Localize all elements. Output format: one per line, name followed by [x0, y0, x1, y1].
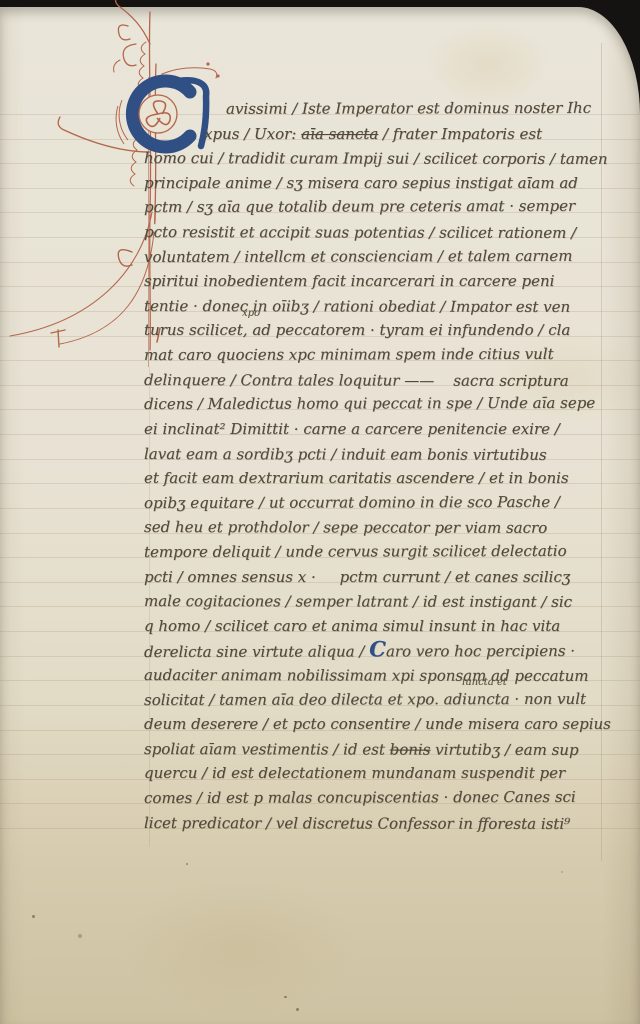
text-line: mat caro quociens xpc minimam spem inde … [144, 342, 632, 368]
text-segment: sed heu et prothdolor / sepe peccator pe… [144, 518, 547, 537]
text-line: opibʒ equitare / ut occurrat domino in d… [144, 489, 632, 515]
interlinear-note: xpo [242, 308, 260, 319]
photograph-background: avissimi / Iste Imperator est dominus no… [0, 0, 640, 1024]
text-line: tempore deliquit / unde cervus surgit sc… [144, 539, 632, 565]
text-segment: delinquere / Contra tales loquitur —— sa… [144, 371, 569, 390]
text-line: quercu / id est delectationem mundanam s… [144, 761, 632, 786]
text-line: homo cui / tradidit curam Impij sui / sc… [144, 146, 632, 172]
text-segment: bonis [390, 740, 431, 758]
text-line: sed heu et prothdolor / sepe peccator pe… [144, 515, 632, 541]
text-segment: solicitat / tamen aīa deo dilecta et xpo… [144, 689, 586, 708]
secondary-initial-C: C [369, 637, 386, 662]
text-segment: derelicta sine virtute aliqua / [144, 643, 369, 662]
text-segment: male cogitaciones / semper latrant / id … [144, 592, 572, 611]
text-line: spiritui inobedientem facit incarcerari … [144, 269, 632, 294]
text-segment: avissimi / Iste Imperator est dominus no… [226, 99, 591, 118]
text-line: principale anime / sʒ misera caro sepius… [144, 171, 632, 196]
text-line: tentie · donec in oīibʒ / rationi obedia… [144, 294, 632, 320]
text-segment: quercu / id est delectationem mundanam s… [144, 764, 565, 782]
text-line: delinquere / Contra tales loquitur —— sa… [144, 368, 632, 394]
text-line: voluntatem / intellcm et conscienciam / … [144, 243, 632, 269]
text-segment: tempore deliquit / unde cervus surgit sc… [144, 542, 567, 561]
text-segment: lavat eam a sordibʒ pcti / induit eam bo… [144, 445, 547, 464]
text-segment: ei inclinat² Dimittit · carne a carcere … [144, 420, 560, 438]
text-segment: virtutibʒ / eam sup [430, 740, 578, 758]
text-segment: q homo / scilicet caro et anima simul in… [144, 617, 560, 635]
text-line: xpus / Uxor: aīa sancta / frater Impator… [144, 122, 632, 147]
text-segment: spoliat aīam vestimentis / id est [144, 740, 390, 759]
text-segment: licet predicator / vel discretus Confess… [144, 814, 570, 833]
text-line: solicitat / tamen aīa deo dilecta et xpo… [144, 686, 632, 712]
text-segment: opibʒ equitare / ut occurrat domino in d… [144, 493, 560, 512]
text-line: pcto resistit et accipit suas potentias … [144, 220, 632, 246]
text-segment: pcto resistit et accipit suas potentias … [144, 223, 576, 242]
text-line: ei inclinat² Dimittit · carne a carcere … [144, 417, 632, 442]
text-segment: homo cui / tradidit curam Impij sui / sc… [144, 149, 608, 168]
text-segment: turus scilicet, ad peccatorem · tyram ei… [144, 321, 570, 339]
text-segment: principale anime / sʒ misera caro sepius… [144, 174, 578, 192]
interlinear-note: iuncta et [462, 677, 507, 688]
text-segment: voluntatem / intellcm et conscienciam / … [144, 247, 572, 266]
text-segment: / frater Impatoris est [378, 125, 542, 143]
text-line: lavat eam a sordibʒ pcti / induit eam bo… [144, 442, 632, 468]
text-segment: deum deserere / et pcto consentire / und… [144, 715, 611, 733]
text-segment: et facit eam dextrarium caritatis ascend… [144, 469, 569, 487]
text-line: pcti / omnes sensus x · pctm currunt / e… [144, 565, 632, 590]
text-segment: audaciter animam nobilissimam xpi sponsa… [144, 666, 589, 685]
text-line: spoliat aīam vestimentis / id est bonis … [144, 737, 632, 763]
text-line: avissimi / Iste Imperator est dominus no… [144, 96, 632, 122]
text-line: deum deserere / et pcto consentire / und… [144, 712, 632, 737]
text-line: audaciter animam nobilissimam xpi sponsa… [144, 663, 632, 689]
text-line: comes / id est p malas concupiscentias ·… [144, 785, 632, 811]
text-segment: pcti / omnes sensus x · pctm currunt / e… [144, 568, 570, 586]
text-line: derelicta sine virtute aliqua / Caro ver… [144, 637, 632, 663]
text-line: turus scilicet, ad peccatorem · tyram ei… [144, 318, 632, 343]
text-line: licet predicator / vel discretus Confess… [144, 811, 632, 837]
text-segment: tentie · donec in oīibʒ / rationi obedia… [144, 297, 570, 316]
text-segment: mat caro quociens xpc minimam spem inde … [144, 345, 554, 364]
text-segment: dicens / Maledictus homo qui peccat in s… [144, 394, 595, 413]
text-segment: spiritui inobedientem facit incarcerari … [144, 272, 554, 290]
text-line: q homo / scilicet caro et anima simul in… [144, 614, 632, 639]
text-segment: pctm / sʒ aīa que totalib deum pre ceter… [144, 197, 575, 216]
text-line: pctm / sʒ aīa que totalib deum pre ceter… [144, 194, 632, 220]
manuscript-page: avissimi / Iste Imperator est dominus no… [0, 7, 640, 1024]
text-segment: aīa sancta [301, 125, 378, 143]
text-line: dicens / Maledictus homo qui peccat in s… [144, 391, 632, 417]
text-line: male cogitaciones / semper latrant / id … [144, 589, 632, 615]
text-line: et facit eam dextrarium caritatis ascend… [144, 466, 632, 491]
text-segment: xpus / Uxor: [204, 125, 301, 143]
text-segment: aro vero hoc percipiens · [386, 642, 575, 660]
text-segment: comes / id est p malas concupiscentias ·… [144, 788, 576, 807]
manuscript-text: avissimi / Iste Imperator est dominus no… [144, 97, 632, 835]
